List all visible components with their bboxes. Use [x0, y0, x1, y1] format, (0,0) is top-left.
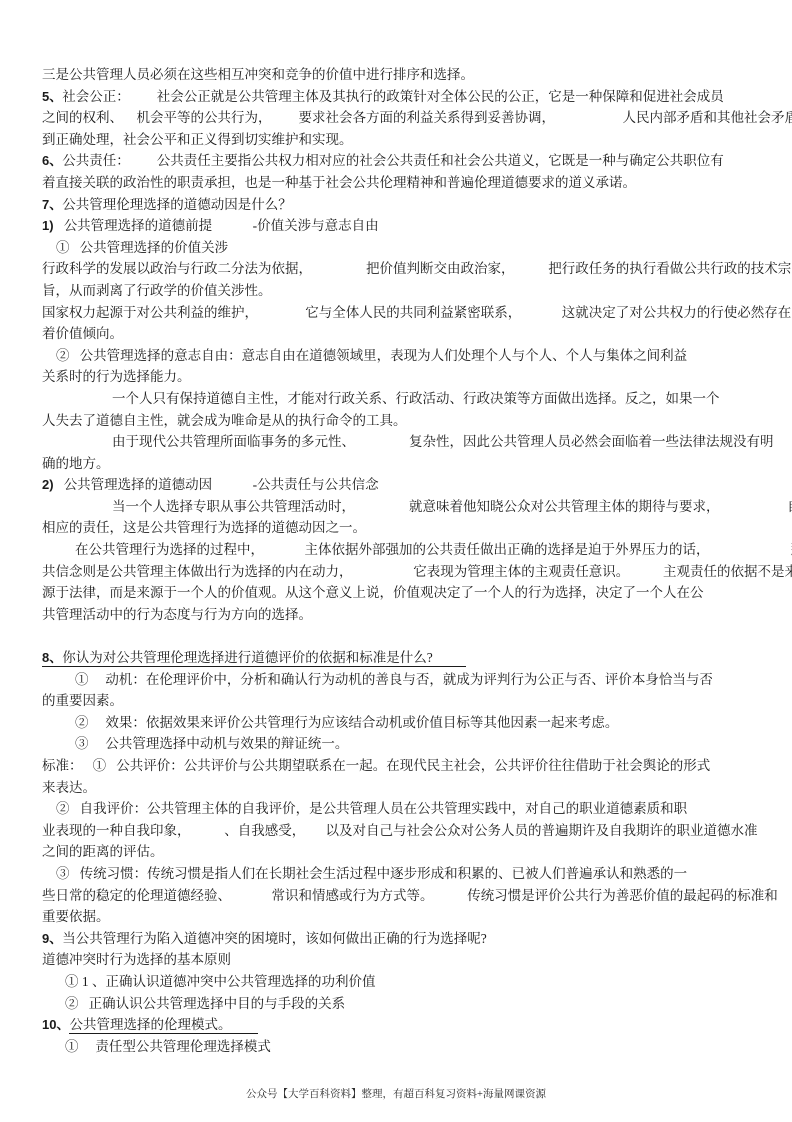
line-text: 公共管理选择的道德前提 -价值关涉与意志自由 [54, 218, 379, 233]
line-text: 人失去了道德自主性，就会成为唯命是从的执行命令的工具。 [42, 413, 407, 428]
line-text: 来表达。 [42, 780, 96, 795]
line-text: 一个人只有保持道德自主性，才能对行政关系、行政活动、行政决策等方面做出选择。反之… [112, 391, 720, 406]
line-text: 三是公共管理人员必须在这些相互冲突和竞争的价值中进行排序和选择。 [42, 67, 474, 82]
line-content: 来表达。 [42, 780, 96, 795]
text-line: 8、你认为对公共管理伦理选择进行道德评价的依据和标准是什么? [42, 647, 754, 669]
line-content: 道德冲突时行为选择的基本原则 [42, 952, 231, 967]
text-line: 到正确处理，社会公平和正义得到切实维护和实现。 [42, 129, 754, 151]
line-text: ① 责任型公共管理伦理选择模式 [65, 1039, 271, 1054]
line-text: 些日常的稳定的伦理道德经验、 常识和情感或行为方式等。 传统习惯是评价公共行为善… [42, 888, 778, 903]
text-line: 标准： ① 公共评价：公共评价与公共期望联系在一起。在现代民主社会，公共评价往往… [42, 755, 754, 777]
text-line: 7、公共管理伦理选择的道德动因是什么？ [42, 194, 754, 216]
text-line: 来表达。 [42, 777, 754, 799]
line-content: 人失去了道德自主性，就会成为唯命是从的执行命令的工具。 [42, 413, 407, 428]
text-line: 在公共管理行为选择的过程中， 主体依据外部强加的公共责任做出正确的选择是迫于外界… [42, 539, 754, 561]
text-line: 6、公共责任： 公共责任主要指公共权力相对应的社会公共责任和社会公共道义，它既是… [42, 150, 754, 172]
line-text: 的重要因素。 [42, 693, 123, 708]
line-content: 业表现的一种自我印象， 、自我感受， 以及对自己与社会公众对公务人员的普遍期许及… [42, 823, 758, 838]
line-content: 10、公共管理选择的伦理模式。 [42, 1017, 258, 1034]
line-content: 1) 公共管理选择的道德前提 -价值关涉与意志自由 [42, 218, 379, 233]
line-text: 之间的距离的评估。 [42, 844, 164, 859]
line-text: 标准： ① 公共评价：公共评价与公共期望联系在一起。在现代民主社会，公共评价往往… [42, 758, 710, 773]
text-line: 的重要因素。 [42, 690, 754, 712]
text-line: 之间的权利、 机会平等的公共行为， 要求社会各方面的利益关系得到妥善协调， 人民… [42, 107, 754, 129]
text-line: 行政科学的发展以政治与行政二分法为依据， 把价值判断交由政治家， 把行政任务的执… [42, 258, 754, 280]
line-text: 到正确处理，社会公平和正义得到切实维护和实现。 [42, 132, 353, 147]
line-text: 当公共管理行为陷入道德冲突的困境时，该如何做出正确的行为选择呢? [62, 931, 487, 946]
text-line: 重要依据。 [42, 906, 754, 928]
text-line: ① 责任型公共管理伦理选择模式 [42, 1036, 754, 1058]
line-text: 着价值倾向。 [42, 326, 123, 341]
line-content: 行政科学的发展以政治与行政二分法为依据， 把价值判断交由政治家， 把行政任务的执… [42, 261, 791, 276]
line-content: ① 公共管理选择的价值关涉 [56, 240, 228, 255]
text-line: 人失去了道德自主性，就会成为唯命是从的执行命令的工具。 [42, 410, 754, 432]
line-content: 5、社会公正： 社会公正就是公共管理主体及其执行的政策针对全体公民的公正，它是一… [42, 89, 724, 104]
line-text: ② 正确认识公共管理选择中目的与手段的关系 [65, 996, 345, 1011]
text-line: 由于现代公共管理所面临事务的多元性、 复杂性，因此公共管理人员必然会面临着一些法… [42, 431, 754, 453]
line-content: 到正确处理，社会公平和正义得到切实维护和实现。 [42, 132, 353, 147]
line-content: ② 公共管理选择的意志自由：意志自由在道德领域里，表现为人们处理个人与个人、个人… [56, 348, 687, 363]
text-line: 一个人只有保持道德自主性，才能对行政关系、行政活动、行政决策等方面做出选择。反之… [42, 388, 754, 410]
text-line: 之间的距离的评估。 [42, 841, 754, 863]
line-content: 8、你认为对公共管理伦理选择进行道德评价的依据和标准是什么? [42, 650, 466, 667]
line-text: 相应的责任，这是公共管理行为选择的道德动因之一。 [42, 520, 366, 535]
line-text: ① 1 、正确认识道德冲突中公共管理选择的功利价值 [65, 974, 376, 989]
line-text: 确的地方。 [42, 456, 110, 471]
text-line: 10、公共管理选择的伦理模式。 [42, 1014, 754, 1036]
line-text: ③ 公共管理选择中动机与效果的辩证统一。 [75, 736, 348, 751]
line-text: 行政科学的发展以政治与行政二分法为依据， 把价值判断交由政治家， 把行政任务的执… [42, 261, 791, 276]
line-text: 你认为对公共管理伦理选择进行道德评价的依据和标准是什么? [62, 650, 466, 665]
line-text: 当一个人选择专职从事公共管理活动时， 就意味着他知晓公众对公共管理主体的期待与要… [112, 499, 792, 514]
line-text: 关系时的行为选择能力。 [42, 369, 191, 384]
line-content: ③ 传统习惯：传统习惯是指人们在长期社会生活过程中逐步形成和积累的、已被人们普遍… [56, 866, 687, 881]
text-line: 当一个人选择专职从事公共管理活动时， 就意味着他知晓公众对公共管理主体的期待与要… [42, 496, 754, 518]
line-content: 共信念则是公共管理主体做出行为选择的内在动力， 它表现为管理主体的主观责任意识。… [42, 564, 792, 579]
line-text: 公共管理伦理选择的道德动因是什么？ [62, 197, 292, 212]
line-content: 6、公共责任： 公共责任主要指公共权力相对应的社会公共责任和社会公共道义，它既是… [42, 153, 724, 168]
text-line: 1) 公共管理选择的道德前提 -价值关涉与意志自由 [42, 215, 754, 237]
line-content: 一个人只有保持道德自主性，才能对行政关系、行政活动、行政决策等方面做出选择。反之… [112, 391, 720, 406]
text-line: ① 动机：在伦理评价中，分析和确认行为动机的善良与否，就成为评判行为公正与否、评… [42, 669, 754, 691]
line-content: 国家权力起源于对公共利益的维护， 它与全体人民的共同利益紧密联系， 这就决定了对… [42, 305, 791, 320]
line-text: 由于现代公共管理所面临事务的多元性、 复杂性，因此公共管理人员必然会面临着一些法… [112, 434, 774, 449]
text-line: 业表现的一种自我印象， 、自我感受， 以及对自己与社会公众对公务人员的普遍期许及… [42, 820, 754, 842]
line-content: ① 责任型公共管理伦理选择模式 [65, 1039, 271, 1054]
line-content: 着价值倾向。 [42, 326, 123, 341]
line-content: ② 自我评价：公共管理主体的自我评价，是公共管理人员在公共管理实践中，对自己的职… [56, 801, 687, 816]
text-line: 国家权力起源于对公共利益的维护， 它与全体人民的共同利益紧密联系， 这就决定了对… [42, 302, 754, 324]
text-line: ③ 公共管理选择中动机与效果的辩证统一。 [42, 733, 754, 755]
line-content: 重要依据。 [42, 909, 110, 924]
line-text: 公共责任： 公共责任主要指公共权力相对应的社会公共责任和社会公共道义，它既是一种… [62, 153, 724, 168]
text-line: 着直接关联的政治性的职责承担，也是一种基于社会公共伦理精神和普遍伦理道德要求的道… [42, 172, 754, 194]
line-content: 源于法律，而是来源于一个人的价值观。从这个意义上说，价值观决定了一个人的行为选择… [42, 585, 704, 600]
line-text: 公共管理选择的伦理模式。 [69, 1017, 258, 1034]
text-line: 共信念则是公共管理主体做出行为选择的内在动力， 它表现为管理主体的主观责任意识。… [42, 561, 754, 583]
footer-text: 公众号【大学百科资料】整理，有超百科复习资料+海量网课资源 [246, 1089, 546, 1100]
text-line: 2) 公共管理选择的道德动因 -公共责任与公共信念 [42, 474, 754, 496]
text-line: 相应的责任，这是公共管理行为选择的道德动因之一。 [42, 517, 754, 539]
line-text: 国家权力起源于对公共利益的维护， 它与全体人民的共同利益紧密联系， 这就决定了对… [42, 305, 791, 320]
document-body: 三是公共管理人员必须在这些相互冲突和竞争的价值中进行排序和选择。5、社会公正： … [42, 64, 754, 1057]
line-text: ② 效果：依据效果来评价公共管理行为应该结合动机或价值目标等其他因素一起来考虑。 [75, 715, 618, 730]
text-line: ② 效果：依据效果来评价公共管理行为应该结合动机或价值目标等其他因素一起来考虑。 [42, 712, 754, 734]
line-content: 当一个人选择专职从事公共管理活动时， 就意味着他知晓公众对公共管理主体的期待与要… [112, 499, 792, 514]
line-content: 确的地方。 [42, 456, 110, 471]
line-text: 之间的权利、 机会平等的公共行为， 要求社会各方面的利益关系得到妥善协调， 人民… [42, 110, 792, 125]
line-text: 重要依据。 [42, 909, 110, 924]
line-text: 在公共管理行为选择的过程中， 主体依据外部强加的公共责任做出正确的选择是迫于外界… [75, 542, 792, 557]
line-content: 共管理活动中的行为态度与行为方向的选择。 [42, 607, 312, 622]
line-content: 标准： ① 公共评价：公共评价与公共期望联系在一起。在现代民主社会，公共评价往往… [42, 758, 710, 773]
line-content: ① 1 、正确认识道德冲突中公共管理选择的功利价值 [65, 974, 376, 989]
text-line: ③ 传统习惯：传统习惯是指人们在长期社会生活过程中逐步形成和积累的、已被人们普遍… [42, 863, 754, 885]
text-line: ① 1 、正确认识道德冲突中公共管理选择的功利价值 [42, 971, 754, 993]
line-content: 之间的权利、 机会平等的公共行为， 要求社会各方面的利益关系得到妥善协调， 人民… [42, 110, 792, 125]
line-content: 7、公共管理伦理选择的道德动因是什么？ [42, 197, 292, 212]
text-line: ① 公共管理选择的价值关涉 [42, 237, 754, 259]
line-content: 着直接关联的政治性的职责承担，也是一种基于社会公共伦理精神和普遍伦理道德要求的道… [42, 175, 636, 190]
text-line: 些日常的稳定的伦理道德经验、 常识和情感或行为方式等。 传统习惯是评价公共行为善… [42, 885, 754, 907]
list-number: 2) [42, 477, 54, 492]
text-line: 5、社会公正： 社会公正就是公共管理主体及其执行的政策针对全体公民的公正，它是一… [42, 86, 754, 108]
blank-line [42, 625, 754, 647]
list-number: 1) [42, 218, 54, 233]
list-number: 10、 [42, 1017, 69, 1032]
text-line: ② 正确认识公共管理选择中目的与手段的关系 [42, 993, 754, 1015]
text-line: 共管理活动中的行为态度与行为方向的选择。 [42, 604, 754, 626]
list-number: 7、 [42, 197, 62, 212]
line-content: 2) 公共管理选择的道德动因 -公共责任与公共信念 [42, 477, 379, 492]
line-text: ② 公共管理选择的意志自由：意志自由在道德领域里，表现为人们处理个人与个人、个人… [56, 348, 687, 363]
line-content: 在公共管理行为选择的过程中， 主体依据外部强加的公共责任做出正确的选择是迫于外界… [75, 542, 792, 557]
list-number: 9、 [42, 931, 62, 946]
line-text: 旨，从而剥离了行政学的价值关涉性。 [42, 283, 272, 298]
line-content: ① 动机：在伦理评价中，分析和确认行为动机的善良与否，就成为评判行为公正与否、评… [75, 672, 713, 687]
line-content: 旨，从而剥离了行政学的价值关涉性。 [42, 283, 272, 298]
text-line: 9、当公共管理行为陷入道德冲突的困境时，该如何做出正确的行为选择呢? [42, 928, 754, 950]
line-text: 道德冲突时行为选择的基本原则 [42, 952, 231, 967]
text-line: 三是公共管理人员必须在这些相互冲突和竞争的价值中进行排序和选择。 [42, 64, 754, 86]
text-line: ② 公共管理选择的意志自由：意志自由在道德领域里，表现为人们处理个人与个人、个人… [42, 345, 754, 367]
line-text: 着直接关联的政治性的职责承担，也是一种基于社会公共伦理精神和普遍伦理道德要求的道… [42, 175, 636, 190]
text-line: 关系时的行为选择能力。 [42, 366, 754, 388]
document-page: 三是公共管理人员必须在这些相互冲突和竞争的价值中进行排序和选择。5、社会公正： … [0, 0, 792, 1122]
text-line: 源于法律，而是来源于一个人的价值观。从这个意义上说，价值观决定了一个人的行为选择… [42, 582, 754, 604]
text-line: 着价值倾向。 [42, 323, 754, 345]
list-number: 8、 [42, 650, 62, 665]
line-content: 相应的责任，这是公共管理行为选择的道德动因之一。 [42, 520, 366, 535]
line-text: ① 动机：在伦理评价中，分析和确认行为动机的善良与否，就成为评判行为公正与否、评… [75, 672, 713, 687]
line-text: ② 自我评价：公共管理主体的自我评价，是公共管理人员在公共管理实践中，对自己的职… [56, 801, 687, 816]
line-content: ③ 公共管理选择中动机与效果的辩证统一。 [75, 736, 348, 751]
line-content: ② 效果：依据效果来评价公共管理行为应该结合动机或价值目标等其他因素一起来考虑。 [75, 715, 618, 730]
line-text: 公共管理选择的道德动因 -公共责任与公共信念 [54, 477, 379, 492]
line-text: 共信念则是公共管理主体做出行为选择的内在动力， 它表现为管理主体的主观责任意识。… [42, 564, 792, 579]
line-content: 关系时的行为选择能力。 [42, 369, 191, 384]
line-content: 之间的距离的评估。 [42, 844, 164, 859]
line-text: ③ 传统习惯：传统习惯是指人们在长期社会生活过程中逐步形成和积累的、已被人们普遍… [56, 866, 687, 881]
list-number: 6、 [42, 153, 62, 168]
line-text: 社会公正： 社会公正就是公共管理主体及其执行的政策针对全体公民的公正，它是一种保… [62, 89, 724, 104]
line-content: 些日常的稳定的伦理道德经验、 常识和情感或行为方式等。 传统习惯是评价公共行为善… [42, 888, 778, 903]
line-text: 共管理活动中的行为态度与行为方向的选择。 [42, 607, 312, 622]
text-line: 道德冲突时行为选择的基本原则 [42, 949, 754, 971]
line-text: 源于法律，而是来源于一个人的价值观。从这个意义上说，价值观决定了一个人的行为选择… [42, 585, 704, 600]
line-content: 三是公共管理人员必须在这些相互冲突和竞争的价值中进行排序和选择。 [42, 67, 474, 82]
line-content: 的重要因素。 [42, 693, 123, 708]
footer-note: 公众号【大学百科资料】整理，有超百科复习资料+海量网课资源 [0, 1086, 792, 1101]
text-line: ② 自我评价：公共管理主体的自我评价，是公共管理人员在公共管理实践中，对自己的职… [42, 798, 754, 820]
line-text: ① 公共管理选择的价值关涉 [56, 240, 228, 255]
line-content: 9、当公共管理行为陷入道德冲突的困境时，该如何做出正确的行为选择呢? [42, 931, 487, 946]
list-number: 5、 [42, 89, 62, 104]
line-content: 由于现代公共管理所面临事务的多元性、 复杂性，因此公共管理人员必然会面临着一些法… [112, 434, 774, 449]
line-content: ② 正确认识公共管理选择中目的与手段的关系 [65, 996, 345, 1011]
text-line: 旨，从而剥离了行政学的价值关涉性。 [42, 280, 754, 302]
text-line: 确的地方。 [42, 453, 754, 475]
line-text: 业表现的一种自我印象， 、自我感受， 以及对自己与社会公众对公务人员的普遍期许及… [42, 823, 758, 838]
